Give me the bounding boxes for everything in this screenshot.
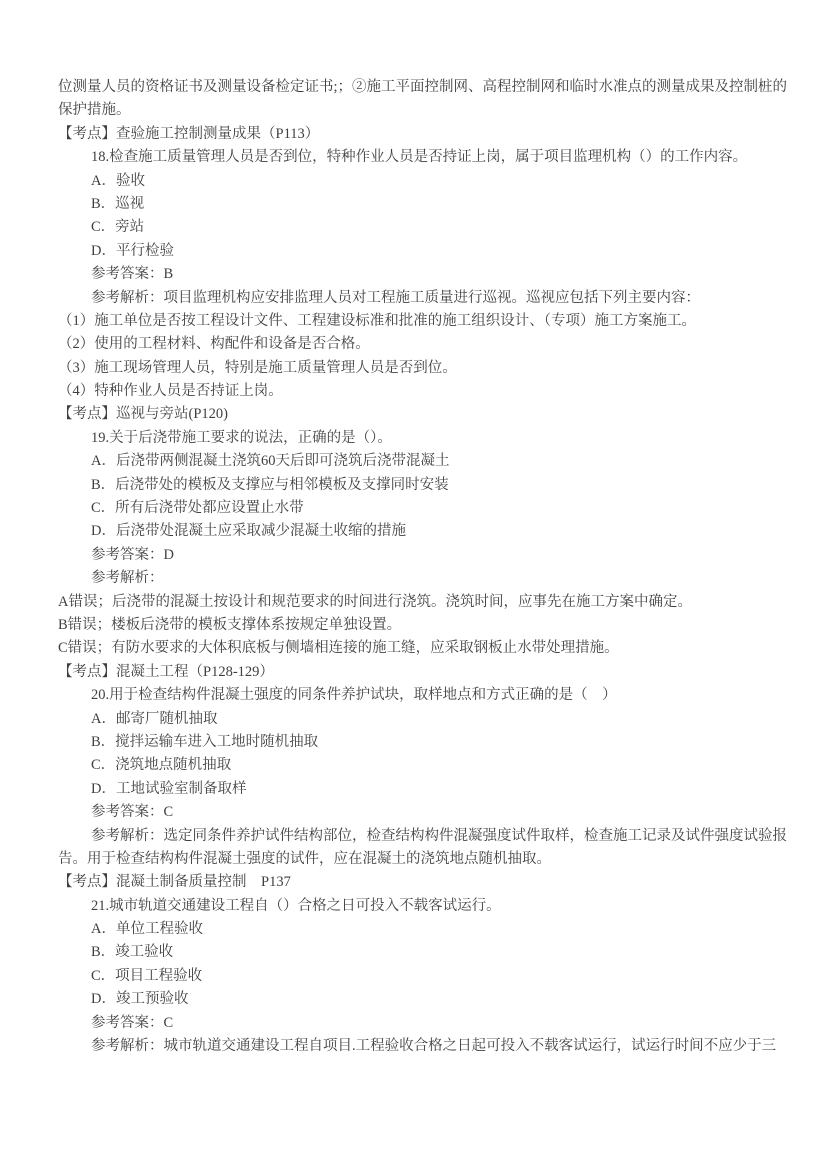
document-page: 位测量人员的资格证书及测量设备检定证书;；②施工平面控制网、高程控制网和临时水准… (0, 0, 830, 1058)
question-20-analysis-line-1: 参考解析：选定同条件养护试件结构部位，检查结构构件混凝强度试件取样，检查施工记录… (58, 825, 784, 848)
question-19-answer: 参考答案：D (58, 544, 784, 567)
question-18-analysis-point-2: （2）使用的工程材料、构配件和设备是否合格。 (58, 333, 784, 356)
keypoint-label-q19: 【考点】巡视与旁站(P120) (58, 403, 784, 426)
question-18-analysis-point-3: （3）施工现场管理人员，特别是施工质量管理人员是否到位。 (58, 357, 784, 380)
question-18-analysis: 参考解析：项目监理机构应安排监理人员对工程施工质量进行巡视。巡视应包括下列主要内… (58, 287, 784, 310)
question-21-option-b: B．竣工验收 (58, 941, 784, 964)
question-19-option-a: A．后浇带两侧混凝土浇筑60天后即可浇筑后浇带混凝土 (58, 450, 784, 473)
question-21-option-c: C．项目工程验收 (58, 965, 784, 988)
question-21-analysis: 参考解析：城市轨道交通建设工程自项目.工程验收合格之日起可投入不载客试运行，试运… (58, 1035, 784, 1058)
question-18-answer: 参考答案：B (58, 263, 784, 286)
question-20-option-b: B．搅拌运输车进入工地时随机抽取 (58, 731, 784, 754)
question-19-error-b: B错误；楼板后浇带的模板支撑体系按规定单独设置。 (58, 614, 784, 637)
keypoint-label-q21: 【考点】混凝土制备质量控制 P137 (58, 871, 784, 894)
question-19-option-c: C．所有后浇带处都应设置止水带 (58, 497, 784, 520)
question-21-stem: 21.城市轨道交通建设工程自（）合格之日可投入不载客试运行。 (58, 895, 784, 918)
question-20-analysis-line-2: 告。用于检查结构构件混凝土强度的试件，应在混凝土的浇筑地点随机抽取。 (58, 848, 784, 871)
question-21-block: 21.城市轨道交通建设工程自（）合格之日可投入不载客试运行。 A．单位工程验收 … (58, 895, 784, 1059)
question-20-option-d: D．工地试验室制备取样 (58, 778, 784, 801)
question-18-option-d: D．平行检验 (58, 240, 784, 263)
question-21-option-d: D．竣工预验收 (58, 988, 784, 1011)
question-19-stem: 19.关于后浇带施工要求的说法，正确的是（）。 (58, 427, 784, 450)
question-20-answer: 参考答案：C (58, 801, 784, 824)
keypoint-label-q20: 【考点】混凝土工程（P128-129） (58, 661, 784, 684)
question-19-analysis-label: 参考解析： (58, 567, 784, 590)
question-18-analysis-point-1: （1）施工单位是否按工程设计文件、工程建设标准和批准的施工组织设计、（专项）施工… (58, 310, 784, 333)
question-21-answer: 参考答案：C (58, 1012, 784, 1035)
question-19-block: 19.关于后浇带施工要求的说法，正确的是（）。 A．后浇带两侧混凝土浇筑60天后… (58, 427, 784, 661)
question-21-option-a: A．单位工程验收 (58, 918, 784, 941)
question-20-stem: 20.用于检查结构件混凝土强度的同条件养护试块，取样地点和方式正确的是（ ） (58, 684, 784, 707)
question-18-analysis-point-4: （4）特种作业人员是否持证上岗。 (58, 380, 784, 403)
question-20-block: 20.用于检查结构件混凝土强度的同条件养护试块，取样地点和方式正确的是（ ） A… (58, 684, 784, 871)
question-19-error-c: C错误；有防水要求的大体积底板与侧墙相连接的施工缝，应采取钢板止水带处理措施。 (58, 637, 784, 660)
question-19-option-b: B．后浇带处的模板及支撑应与相邻模板及支撑同时安装 (58, 474, 784, 497)
question-18-block: 18.检查施工质量管理人员是否到位，特种作业人员是否持证上岗，属于项目监理机构（… (58, 146, 784, 403)
question-19-error-a: A错误；后浇带的混凝土按设计和规范要求的时间进行浇筑。浇筑时间，应事先在施工方案… (58, 591, 784, 614)
question-19-option-d: D．后浇带处混凝土应采取减少混凝土收缩的措施 (58, 520, 784, 543)
question-18-option-a: A．验收 (58, 170, 784, 193)
question-20-option-c: C．浇筑地点随机抽取 (58, 754, 784, 777)
question-18-stem: 18.检查施工质量管理人员是否到位，特种作业人员是否持证上岗，属于项目监理机构（… (58, 146, 784, 169)
intro-paragraph-line-2: 保护措施。 (58, 99, 784, 122)
question-18-option-c: C．旁站 (58, 216, 784, 239)
question-18-option-b: B．巡视 (58, 193, 784, 216)
keypoint-label-q18: 【考点】查验施工控制测量成果（P113） (58, 123, 784, 146)
intro-paragraph-line-1: 位测量人员的资格证书及测量设备检定证书;；②施工平面控制网、高程控制网和临时水准… (58, 76, 784, 99)
question-20-option-a: A．邮寄厂随机抽取 (58, 708, 784, 731)
